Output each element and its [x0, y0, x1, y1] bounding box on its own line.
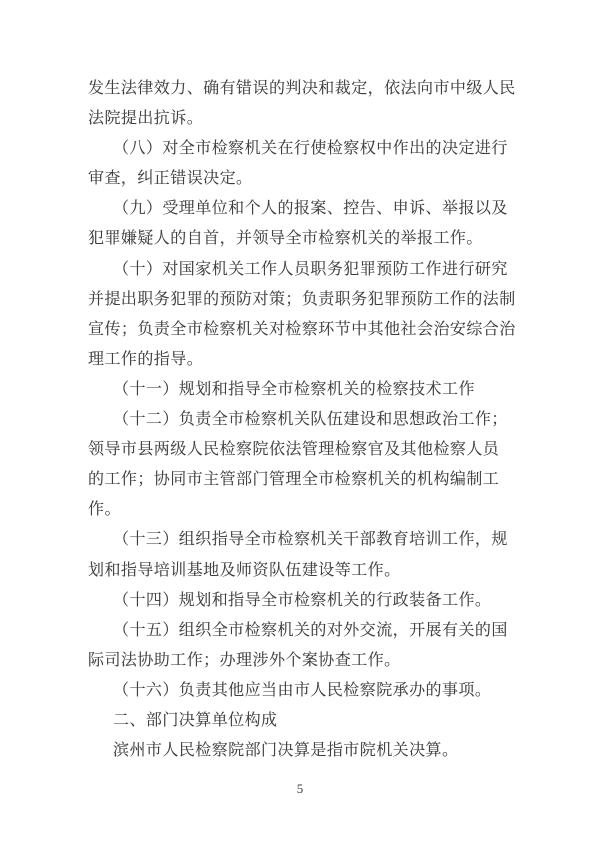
text-line: （十一）规划和指导全市检察机关的检察技术工作: [88, 375, 528, 405]
text-line: （十五）组织全市检察机关的对外交流，开展有关的国: [88, 616, 528, 646]
text-line: 并提出职务犯罪的预防对策；负责职务犯罪预防工作的法制: [88, 285, 528, 315]
text-line: 领导市县两级人民检察院依法管理检察官及其他检察人员: [88, 435, 528, 465]
document-page: 发生法律效力、确有错误的判决和裁定，依法向市中级人民法院提出抗诉。（八）对全市检…: [0, 0, 600, 848]
text-line: （十四）规划和指导全市检察机关的行政装备工作。: [88, 586, 528, 616]
text-line: 发生法律效力、确有错误的判决和裁定，依法向市中级人民: [88, 74, 528, 104]
text-line: （十）对国家机关工作人员职务犯罪预防工作进行研究: [88, 255, 528, 285]
text-line: 审查，纠正错误决定。: [88, 164, 528, 194]
text-line: 理工作的指导。: [88, 345, 528, 375]
text-line: （十三）组织指导全市检察机关干部教育培训工作，规: [88, 525, 528, 555]
text-line: 滨州市人民检察院部门决算是指市院机关决算。: [88, 736, 528, 766]
text-line: 法院提出抗诉。: [88, 104, 528, 134]
text-line: （十六）负责其他应当由市人民检察院承办的事项。: [88, 676, 528, 706]
page-number: 5: [0, 781, 600, 797]
text-line: 犯罪嫌疑人的自首，并领导全市检察机关的举报工作。: [88, 224, 528, 254]
text-line: 的工作；协同市主管部门管理全市检察机关的机构编制工: [88, 465, 528, 495]
text-line: 际司法协助工作；办理涉外个案协查工作。: [88, 646, 528, 676]
text-line: 二、部门决算单位构成: [88, 706, 528, 736]
text-line: （九）受理单位和个人的报案、控告、申诉、举报以及: [88, 194, 528, 224]
text-line: 宣传；负责全市检察机关对检察环节中其他社会治安综合治: [88, 315, 528, 345]
text-line: （八）对全市检察机关在行使检察权中作出的决定进行: [88, 134, 528, 164]
text-line: 划和指导培训基地及师资队伍建设等工作。: [88, 556, 528, 586]
text-line: 作。: [88, 495, 528, 525]
text-line: （十二）负责全市检察机关队伍建设和思想政治工作；: [88, 405, 528, 435]
text-block: 发生法律效力、确有错误的判决和裁定，依法向市中级人民法院提出抗诉。（八）对全市检…: [88, 74, 528, 766]
